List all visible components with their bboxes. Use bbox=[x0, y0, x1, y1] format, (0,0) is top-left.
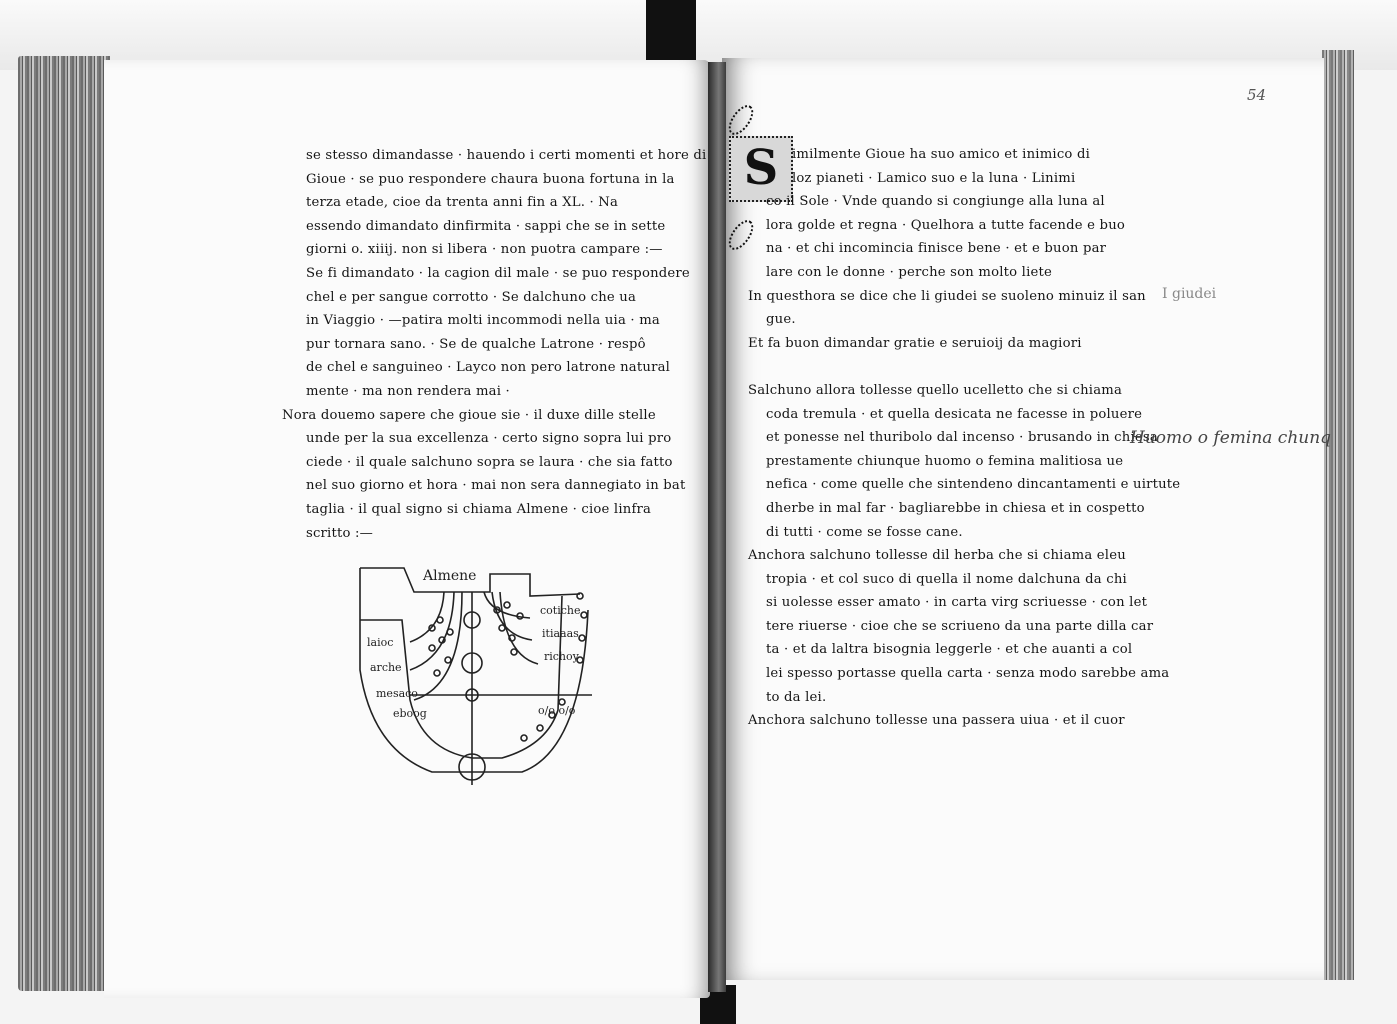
text-line: gue. bbox=[748, 308, 1180, 332]
text-line: pur tornara sano. · Se de qualche Latron… bbox=[306, 333, 706, 357]
text-line: co il Sole · Vnde quando si congiunge al… bbox=[748, 190, 1180, 214]
text-line: lei spesso portasse quella carta · senza… bbox=[748, 662, 1180, 686]
diagram-label: mesaco bbox=[376, 687, 418, 700]
text-line: terza etade, cioe da trenta anni fin a X… bbox=[306, 191, 706, 215]
text-line: unde per la sua excellenza · certo signo… bbox=[306, 427, 706, 451]
page-block-edge-right bbox=[1322, 50, 1354, 980]
text-line: mente · ma non rendera mai · bbox=[306, 380, 706, 404]
text-line: Nora douemo sapere che gioue sie · il du… bbox=[306, 404, 706, 428]
diagram-label: laioc bbox=[367, 636, 393, 649]
text-line: scritto :— bbox=[306, 522, 706, 546]
text-line: Salchuno allora tollesse quello ucellett… bbox=[748, 379, 1180, 403]
diagram-mark: o/o o/o bbox=[538, 704, 575, 717]
text-line: nel suo giorno et hora · mai non sera da… bbox=[306, 474, 706, 498]
diagram-label: itiaaas bbox=[542, 627, 579, 640]
right-page-text: imilmente Gioue ha suo amico et inimico … bbox=[748, 143, 1180, 733]
text-line: di tutti · come se fosse cane. bbox=[748, 521, 1180, 545]
diagram-label: richoy bbox=[544, 650, 579, 663]
text-line: loz pianeti · Lamico suo e la luna · Lin… bbox=[748, 167, 1180, 191]
text-line bbox=[748, 355, 1180, 379]
text-line: si uolesse esser amato · in carta virg s… bbox=[748, 591, 1180, 615]
diagram-label: eboog bbox=[393, 707, 427, 720]
text-line: na · et chi incomincia finisce bene · et… bbox=[748, 237, 1180, 261]
text-line: ta · et da laltra bisognia leggerle · et… bbox=[748, 638, 1180, 662]
book-gutter bbox=[708, 62, 726, 992]
diagram-label: arche bbox=[370, 661, 402, 674]
text-line: imilmente Gioue ha suo amico et inimico … bbox=[748, 143, 1180, 167]
text-line: Et fa buon dimandar gratie e seruioij da… bbox=[748, 332, 1180, 356]
text-line: lare con le donne · perche son molto lie… bbox=[748, 261, 1180, 285]
left-page-text: se stesso dimandasse · hauendo i certi m… bbox=[306, 144, 706, 545]
diagram-label: cotiche bbox=[540, 604, 580, 617]
folio-number: 54 bbox=[1247, 86, 1266, 104]
text-line: se stesso dimandasse · hauendo i certi m… bbox=[306, 144, 706, 168]
margin-note: Huomo o femina chunq bbox=[1130, 428, 1331, 448]
text-line: giorni o. xiiij. non si libera · non puo… bbox=[306, 238, 706, 262]
text-line: dherbe in mal far · bagliarebbe in chies… bbox=[748, 497, 1180, 521]
text-line: in Viaggio · —patira molti incommodi nel… bbox=[306, 309, 706, 333]
text-line: nefica · come quelle che sintendeno dinc… bbox=[748, 473, 1180, 497]
text-line: ciede · il quale salchuno sopra se laura… bbox=[306, 451, 706, 475]
text-line: prestamente chiunque huomo o femina mali… bbox=[748, 450, 1180, 474]
diagram-title: Almene bbox=[423, 568, 476, 584]
text-line: chel e per sangue corrotto · Se dalchuno… bbox=[306, 286, 706, 310]
text-line: to da lei. bbox=[748, 686, 1180, 710]
text-line: Anchora salchuno tollesse una passera ui… bbox=[748, 709, 1180, 733]
text-line: In questhora se dice che li giudei se su… bbox=[748, 285, 1180, 309]
text-line: lora golde et regna · Quelhora a tutte f… bbox=[748, 214, 1180, 238]
text-line: de chel e sanguineo · Layco non pero lat… bbox=[306, 356, 706, 380]
text-line: tere riuerse · cioe che se scriueno da u… bbox=[748, 615, 1180, 639]
text-line: taglia · il qual signo si chiama Almene … bbox=[306, 498, 706, 522]
margin-note: I giudei bbox=[1162, 286, 1216, 302]
text-line: et ponesse nel thuribolo dal incenso · b… bbox=[748, 426, 1180, 450]
page-block-edge-left bbox=[18, 56, 110, 991]
text-line: Gioue · se puo respondere chaura buona f… bbox=[306, 168, 706, 192]
text-line: coda tremula · et quella desicata ne fac… bbox=[748, 403, 1180, 427]
text-line: essendo dimandato dinfirmita · sappi che… bbox=[306, 215, 706, 239]
text-line: tropia · et col suco di quella il nome d… bbox=[748, 568, 1180, 592]
text-line: Se fi dimandato · la cagion dil male · s… bbox=[306, 262, 706, 286]
text-line: Anchora salchuno tollesse dil herba che … bbox=[748, 544, 1180, 568]
